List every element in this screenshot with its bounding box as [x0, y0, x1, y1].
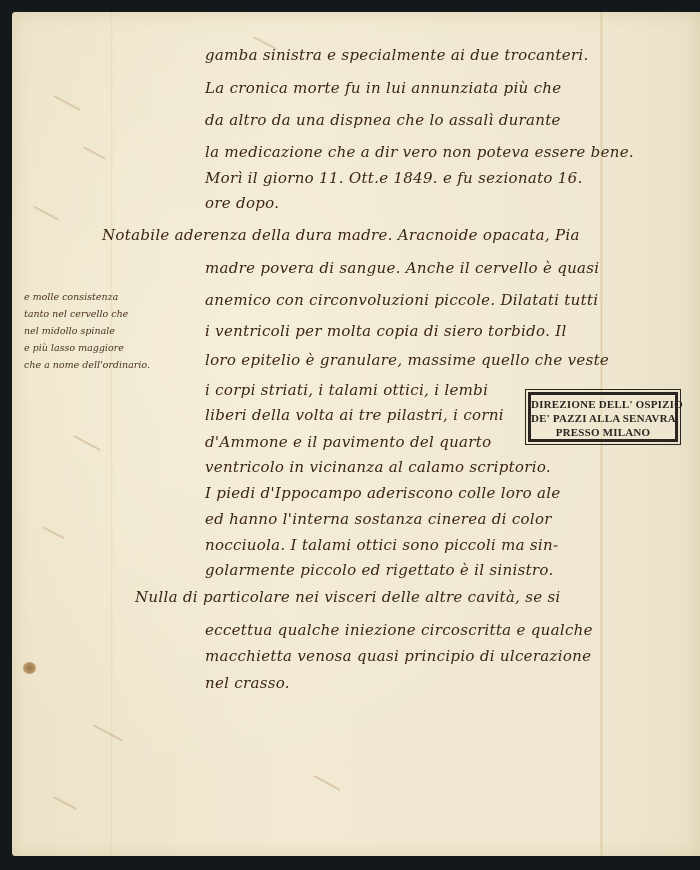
stamp-line: DIREZIONE DELL' OSPIZIO	[531, 398, 675, 412]
manuscript-line: nocciuola. I talami ottici sono piccoli …	[205, 538, 558, 553]
manuscript-line: anemico con circonvoluzioni piccole. Dil…	[205, 293, 598, 308]
margin-note-line: tanto nel cervello che	[24, 306, 150, 323]
manuscript-line: Notabile aderenza della dura madre. Arac…	[102, 228, 580, 243]
manuscript-line: Nulla di particolare nei visceri delle a…	[135, 590, 561, 605]
manuscript-line: la medicazione che a dir vero non poteva…	[205, 145, 634, 160]
manuscript-line: La cronica morte fu in lui annunziata pi…	[205, 81, 561, 96]
bleed-through-mark	[53, 796, 77, 810]
manuscript-line: loro epitelio è granulare, massime quell…	[205, 353, 609, 368]
manuscript-line: Morì il giorno 11. Ott.e 1849. e fu sezi…	[205, 171, 583, 186]
bleed-through-mark	[313, 775, 340, 791]
stamp-line: DE' PAZZI ALLA SENAVRA	[531, 412, 675, 426]
bleed-through-mark	[73, 435, 100, 451]
manuscript-line: ventricolo in vicinanza al calamo script…	[205, 460, 551, 475]
manuscript-line: da altro da una dispnea che lo assalì du…	[205, 113, 561, 128]
manuscript-line: ed hanno l'interna sostanza cinerea di c…	[205, 512, 552, 527]
bleed-through-mark	[43, 526, 65, 539]
manuscript-line: liberi della volta ai tre pilastri, i co…	[205, 408, 504, 423]
bleed-through-mark	[83, 146, 106, 160]
margin-note: e molle consistenza tanto nel cervello c…	[24, 289, 150, 374]
bleed-through-mark	[33, 206, 59, 221]
manuscript-line: eccettua qualche iniezione circoscritta …	[205, 623, 593, 638]
manuscript-line: i corpi striati, i talami ottici, i lemb…	[205, 383, 488, 398]
manuscript-line: nel crasso.	[205, 676, 290, 691]
manuscript-line: d'Ammone e il pavimento del quarto	[205, 435, 491, 450]
manuscript-line: ore dopo.	[205, 196, 279, 211]
margin-note-line: nel midollo spinale	[24, 323, 150, 340]
bleed-through-mark	[53, 95, 80, 111]
manuscript-line: i ventricoli per molta copia di siero to…	[205, 324, 567, 339]
bleed-through-mark	[93, 725, 122, 742]
stamp-line: PRESSO MILANO	[531, 426, 675, 440]
manuscript-line: madre povera di sangue. Anche il cervell…	[205, 261, 599, 276]
institution-stamp: DIREZIONE DELL' OSPIZIO DE' PAZZI ALLA S…	[528, 392, 678, 442]
manuscript-line: I piedi d'Ippocampo aderiscono colle lor…	[205, 486, 561, 501]
paper-fold-line	[110, 12, 113, 856]
margin-note-line: e molle consistenza	[24, 289, 150, 306]
margin-note-line: che a nome dell'ordinario.	[24, 357, 150, 374]
manuscript-line: golarmente piccolo ed rigettato è il sin…	[205, 563, 554, 578]
ink-stain	[23, 662, 36, 674]
margin-note-line: e più lasso maggiore	[24, 340, 150, 357]
manuscript-line: macchietta venosa quasi principio di ulc…	[205, 649, 591, 664]
manuscript-line: gamba sinistra e specialmente ai due tro…	[205, 48, 589, 63]
